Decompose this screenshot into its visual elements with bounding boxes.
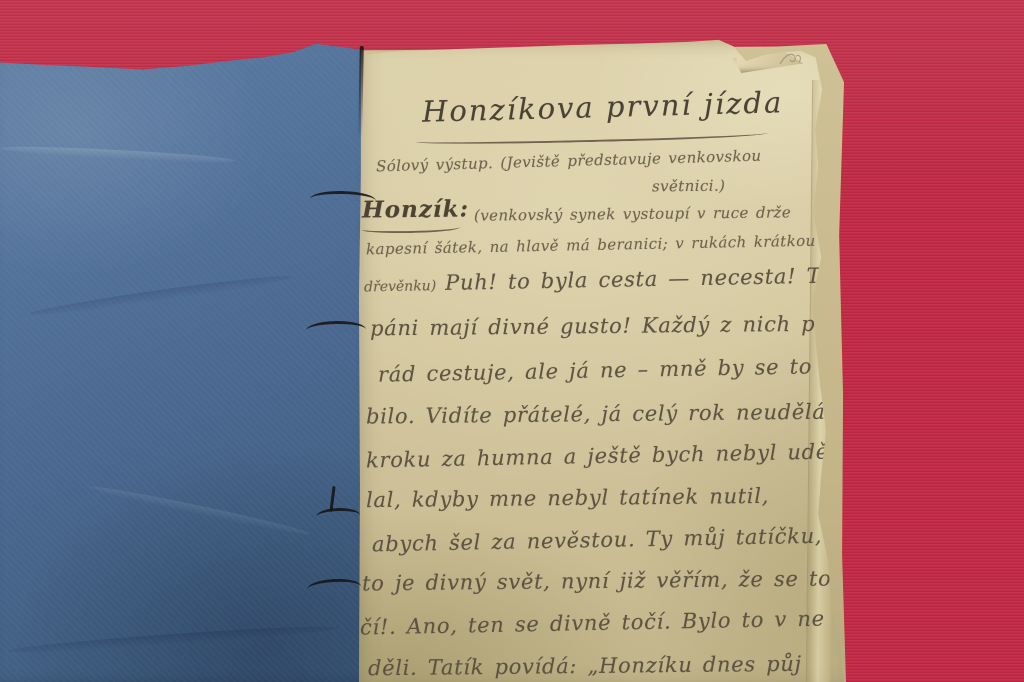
manuscript-text-line: rád cestuje, ale já ne – mně by se to ne…: [378, 353, 865, 386]
manuscript-text-line: dřevěnku)Puh! to byla cesta — necesta! T…: [364, 264, 829, 297]
manuscript-page: Honzíkova první jízda Sólový výstup. (Je…: [350, 38, 848, 682]
manuscript-text-line: kroku za humna a ještě bych nebyl udě: [366, 440, 829, 473]
manuscript-text-line: kapesní šátek, na hlavě má beranici; v r…: [366, 232, 816, 259]
cover-crease: [29, 272, 293, 320]
cover-crease: [0, 144, 235, 165]
cover-crease: [8, 623, 338, 657]
speaker-name: Honzík:: [362, 195, 469, 223]
cover-crease: [90, 483, 312, 539]
manuscript-text-line: čí!. Ano, ten se divně točí. Bylo to v n…: [360, 607, 825, 640]
speaker-stage-note: (venkovský synek vystoupí v ruce drže: [474, 203, 791, 224]
stage-note-fragment: dřevěnku): [364, 278, 436, 295]
manuscript-text-line: děli. Tatík povídá: „Honzíku dnes půj: [368, 652, 802, 681]
manuscript-text-line: abych šel za nevěstou. Ty můj tatíčku,: [372, 524, 823, 557]
speaker-underline: [362, 225, 460, 234]
dialogue-fragment: Puh! to byla cesta — necesta! Ti: [445, 264, 829, 295]
manuscript-text-line: páni mají divné gusto! Každý z nich prý: [370, 312, 839, 341]
manuscript-text-line: to je divný svět, nyní již věřím, že se …: [362, 567, 832, 596]
manuscript-text-line: bilo. Vidíte přátelé, já celý rok neuděl…: [366, 399, 846, 428]
corner-pencil-mark: [778, 50, 804, 70]
manuscript-text-line: lal, kdyby mne nebyl tatínek nutil,: [366, 484, 769, 512]
photo-red-fabric-background: Honzíkova první jízda Sólový výstup. (Je…: [0, 0, 1024, 682]
manuscript-title: Honzíkova první jízda: [422, 85, 784, 128]
stage-direction-continuation: světnici.): [652, 177, 726, 196]
title-underline: [416, 128, 768, 146]
stage-direction-line: Sólový výstup. (Jeviště představuje venk…: [376, 147, 762, 176]
